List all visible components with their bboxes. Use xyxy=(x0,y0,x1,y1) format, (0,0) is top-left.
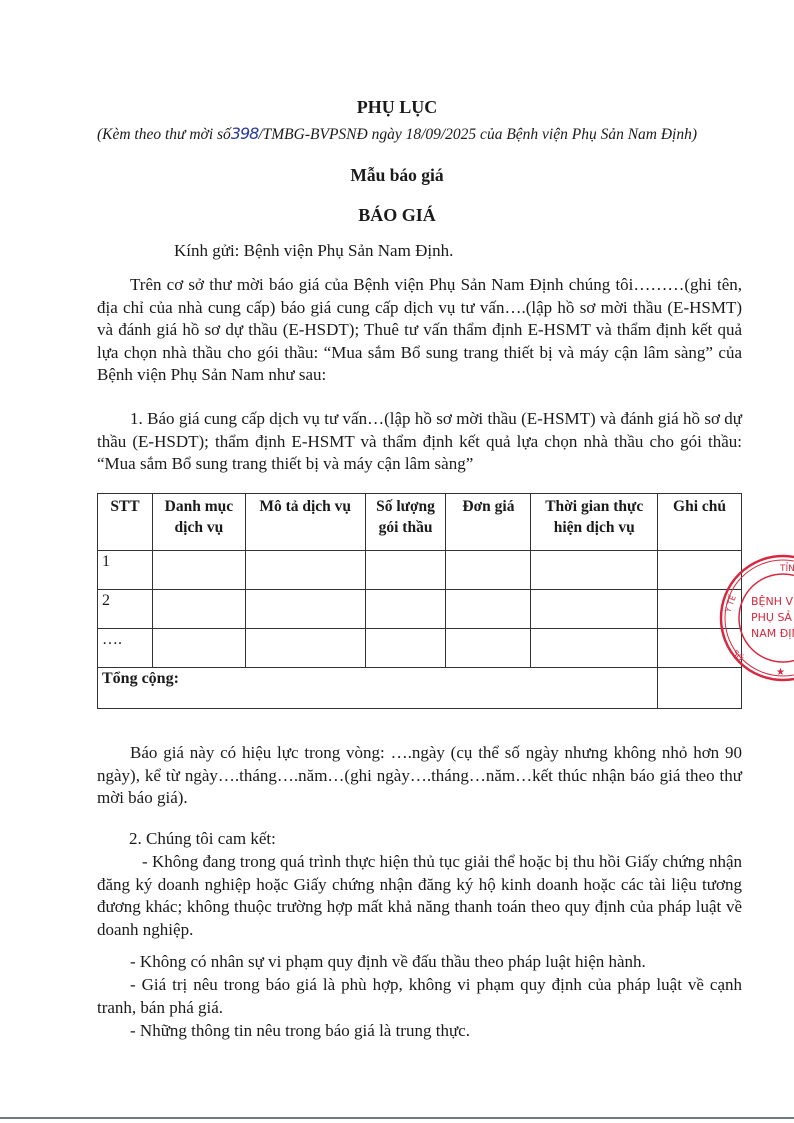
quote-title: BÁO GIÁ xyxy=(0,205,794,226)
validity-paragraph: Báo giá này có hiệu lực trong vòng: ….ng… xyxy=(97,742,742,810)
total-label: Tổng cộng: xyxy=(98,668,658,709)
subtitle-suffix: /TMBG-BVPSNĐ ngày 18/09/2025 của Bệnh vi… xyxy=(258,126,697,143)
star-icon: ★ xyxy=(776,667,785,678)
cell-duration xyxy=(531,629,658,668)
cell-description xyxy=(245,629,365,668)
header-service-category: Danh mục dịch vụ xyxy=(152,494,245,551)
stamp-line-3: NAM ĐỊN xyxy=(751,627,794,640)
intro-paragraph: Trên cơ sở thư mời báo giá của Bệnh viện… xyxy=(97,274,742,387)
form-title: Mẫu báo giá xyxy=(0,165,794,186)
addressee: Kính gửi: Bệnh viện Phụ Sản Nam Định. xyxy=(174,240,453,263)
cell-quantity xyxy=(365,590,446,629)
table-total-row: Tổng cộng: xyxy=(98,668,742,709)
cell-unit-price xyxy=(446,629,531,668)
commitment-item: - Không có nhân sự vi phạm quy định về đ… xyxy=(97,951,742,974)
subtitle-prefix: (Kèm theo thư mời số xyxy=(97,126,231,143)
stamp-top-text: TỈNH xyxy=(779,562,794,574)
cell-stt: …. xyxy=(98,629,153,668)
header-service-duration: Thời gian thực hiện dịch vụ xyxy=(531,494,658,551)
table-header-row: STT Danh mục dịch vụ Mô tả dịch vụ Số lư… xyxy=(98,494,742,551)
commitment-item: - Không đang trong quá trình thực hiện t… xyxy=(97,851,742,941)
cell-stt: 1 xyxy=(98,551,153,590)
appendix-subtitle: (Kèm theo thư mời số398/TMBG-BVPSNĐ ngày… xyxy=(0,124,794,144)
cell-category xyxy=(152,629,245,668)
stamp-line-1: BỆNH VI xyxy=(751,595,794,608)
cell-unit-price xyxy=(446,551,531,590)
table-row: …. xyxy=(98,629,742,668)
stamp-line-2: PHỤ SẢ xyxy=(751,610,792,624)
cell-duration xyxy=(531,551,658,590)
appendix-title: PHỤ LỤC xyxy=(0,97,794,118)
header-package-quantity: Số lượng gói thầu xyxy=(365,494,446,551)
cell-stt: 2 xyxy=(98,590,153,629)
cell-category xyxy=(152,551,245,590)
table-row: 2 xyxy=(98,590,742,629)
header-stt: STT xyxy=(98,494,153,551)
section-2-heading: 2. Chúng tôi cam kết: xyxy=(129,828,276,851)
cell-duration xyxy=(531,590,658,629)
section-1-paragraph: 1. Báo giá cung cấp dịch vụ tư vấn…(lập … xyxy=(97,408,742,476)
cell-quantity xyxy=(365,629,446,668)
commitment-item: - Những thông tin nêu trong báo giá là t… xyxy=(97,1020,742,1043)
header-service-description: Mô tả dịch vụ xyxy=(245,494,365,551)
hospital-seal-stamp: TỈNH Y TẾ SỞ BỆNH VI PHỤ SẢ NAM ĐỊN ★ xyxy=(718,553,794,683)
cell-description xyxy=(245,590,365,629)
cell-quantity xyxy=(365,551,446,590)
scan-bottom-edge xyxy=(0,1117,794,1119)
cell-unit-price xyxy=(446,590,531,629)
commitment-item: - Giá trị nêu trong báo giá là phù hợp, … xyxy=(97,974,742,1019)
header-unit-price: Đơn giá xyxy=(446,494,531,551)
quote-table: STT Danh mục dịch vụ Mô tả dịch vụ Số lư… xyxy=(97,493,742,709)
handwritten-letter-number: 398 xyxy=(231,124,259,143)
cell-category xyxy=(152,590,245,629)
table-row: 1 xyxy=(98,551,742,590)
header-notes: Ghi chú xyxy=(658,494,742,551)
cell-description xyxy=(245,551,365,590)
